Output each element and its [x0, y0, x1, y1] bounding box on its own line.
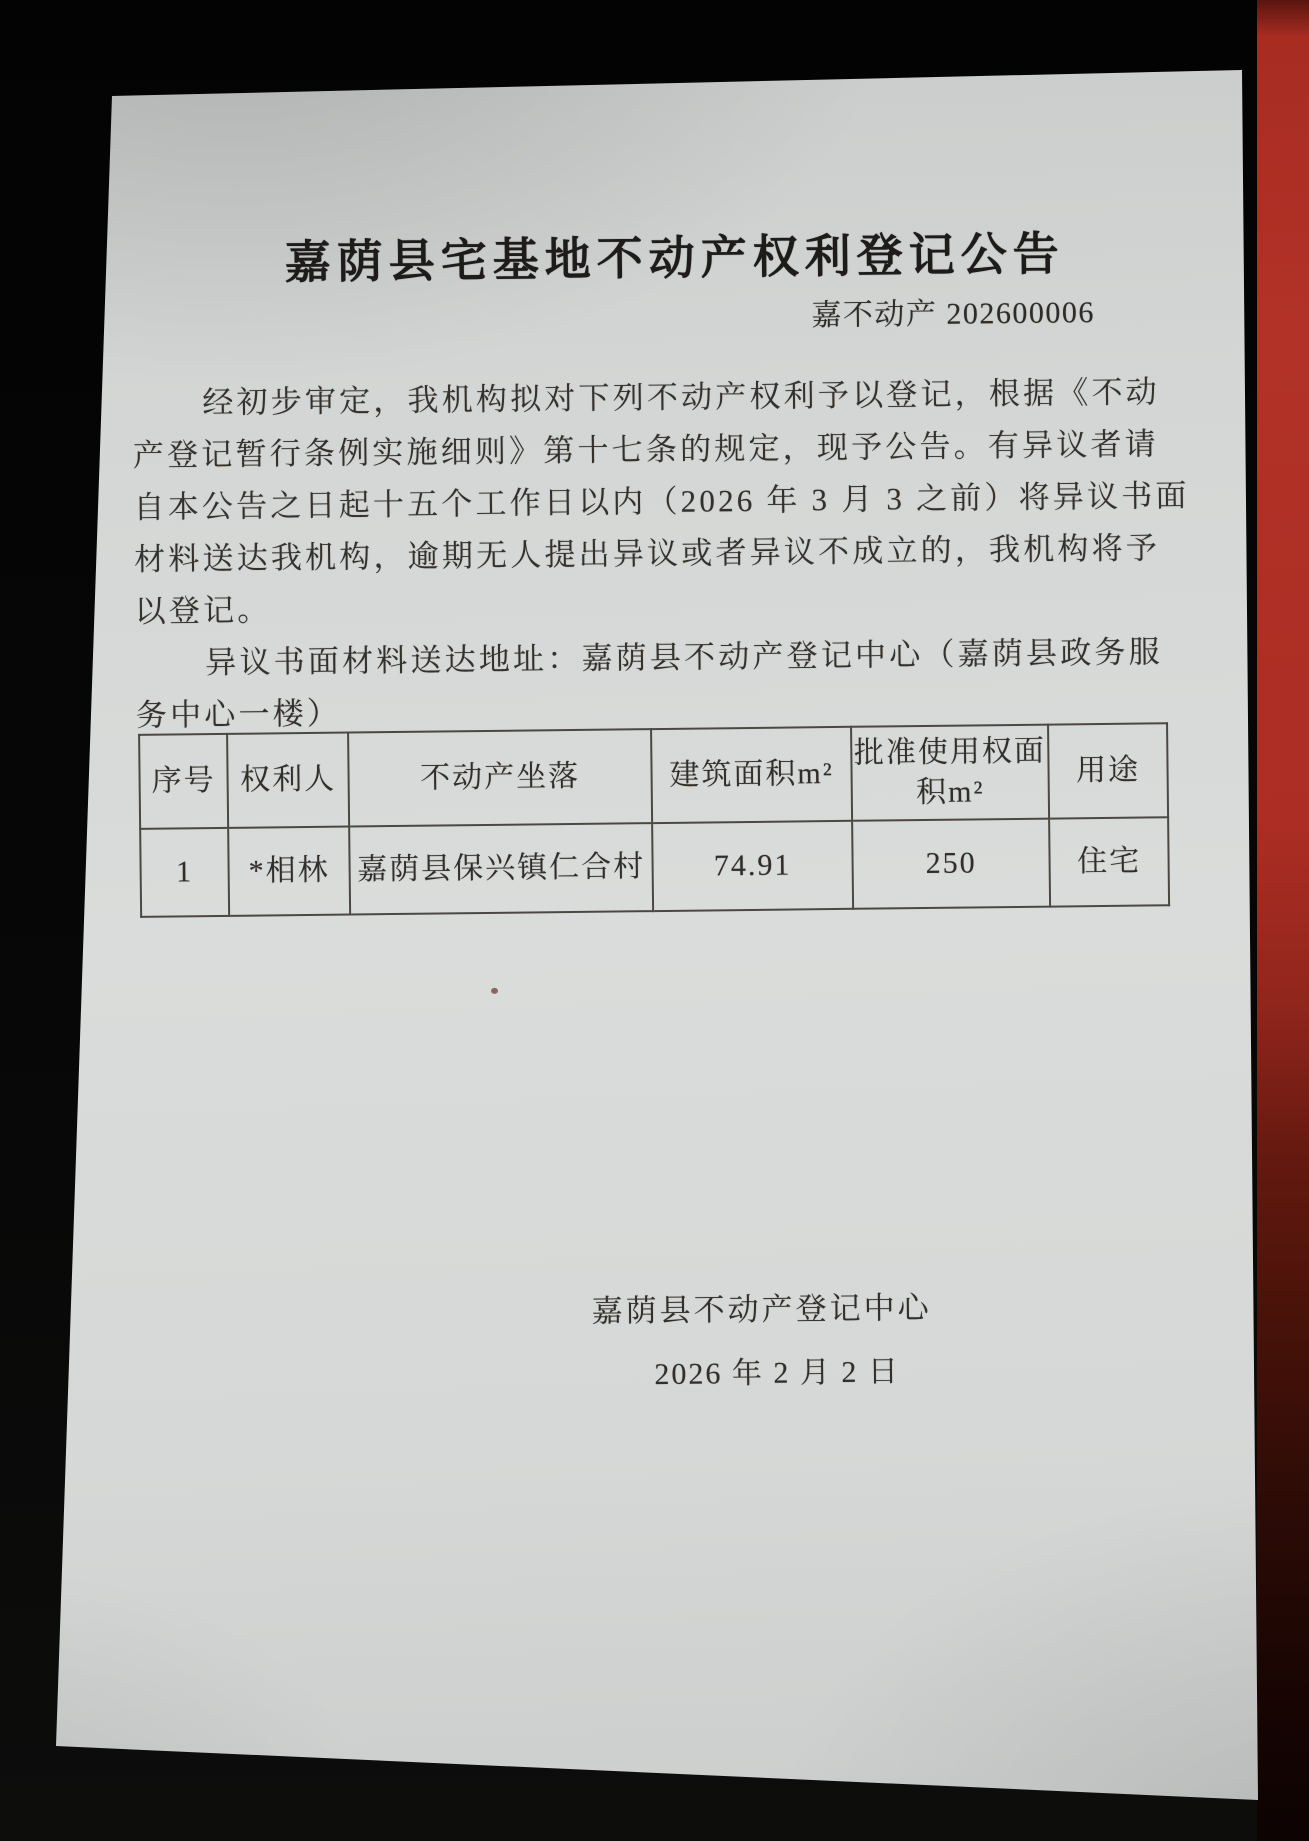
document-content: 嘉荫县宅基地不动产权利登记公告 嘉不动产 202600006 经初步审定，我机构… [0, 0, 1309, 1841]
table-cell: *相林 [228, 827, 350, 916]
column-header: 用途 [1048, 723, 1168, 818]
ink-speck [491, 988, 498, 994]
column-header: 不动产坐落 [348, 729, 652, 826]
body-text: 经初步审定，我机构拟对下列不动产权利予以登记，根据《不动 产登记暂行条例实施细则… [132, 366, 1192, 742]
column-header: 权利人 [227, 733, 349, 828]
doc-number: 嘉不动产 202600006 [811, 287, 1095, 334]
table-row: 1 *相林 嘉荫县保兴镇仁合村 74.91 250 住宅 [140, 817, 1169, 917]
column-header: 建筑面积m² [651, 727, 852, 823]
table-cell: 嘉荫县保兴镇仁合村 [349, 823, 653, 914]
column-header: 序号 [139, 734, 228, 829]
date: 2026 年 2 月 2 日 [654, 1346, 900, 1393]
table-cell: 74.91 [652, 821, 853, 911]
photo-of-document: 嘉荫县宅基地不动产权利登记公告 嘉不动产 202600006 经初步审定，我机构… [0, 0, 1309, 1841]
table-cell: 住宅 [1049, 817, 1169, 906]
registration-table: 序号 权利人 不动产坐落 建筑面积m² 批准使用权面积m² 用途 1 *相林 嘉… [138, 722, 1170, 918]
table-header-row: 序号 权利人 不动产坐落 建筑面积m² 批准使用权面积m² 用途 [139, 723, 1168, 829]
signature: 嘉荫县不动产登记中心 [591, 1282, 931, 1331]
page-title: 嘉荫县宅基地不动产权利登记公告 [284, 218, 1021, 292]
table-cell: 1 [140, 828, 229, 917]
column-header: 批准使用权面积m² [851, 725, 1049, 821]
table-cell: 250 [852, 819, 1050, 909]
